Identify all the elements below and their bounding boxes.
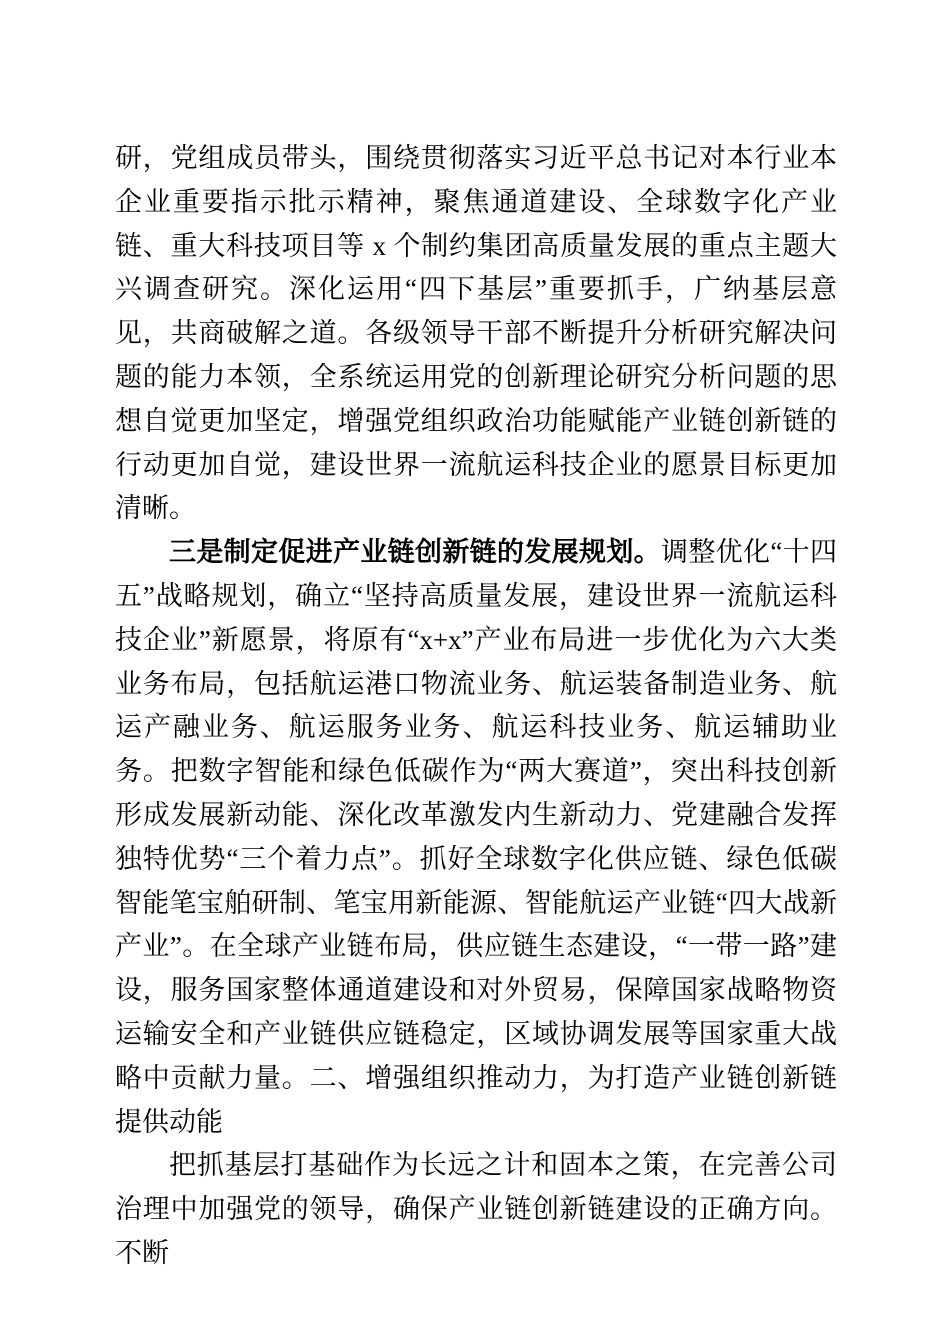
document-page: 研，党组成员带头，围绕贯彻落实习近平总书记对本行业本企业重要指示批示精神，聚焦通… xyxy=(0,0,950,1344)
paragraph-development-plan-text: 调整优化“十四五”战略规划，确立“坚持高质量发展，建设世界一流航运科技企业”新愿… xyxy=(115,537,837,1136)
paragraph-grassroots-foundation: 把抓基层打基础作为长远之计和固本之策，在完善公司治理中加强党的领导，确保产业链创… xyxy=(115,1144,837,1275)
paragraph-continuation: 研，党组成员带头，围绕贯彻落实习近平总书记对本行业本企业重要指示批示精神，聚焦通… xyxy=(115,137,837,531)
paragraph-continuation-text: 研，党组成员带头，围绕贯彻落实习近平总书记对本行业本企业重要指示批示精神，聚焦通… xyxy=(115,143,837,523)
paragraph-grassroots-foundation-text: 把抓基层打基础作为长远之计和固本之策，在完善公司治理中加强党的领导，确保产业链创… xyxy=(115,1150,837,1268)
paragraph-development-plan: 三是制定促进产业链创新链的发展规划。调整优化“十四五”战略规划，确立“坚持高质量… xyxy=(115,531,837,1144)
paragraph-development-plan-lead: 三是制定促进产业链创新链的发展规划。 xyxy=(169,537,661,567)
